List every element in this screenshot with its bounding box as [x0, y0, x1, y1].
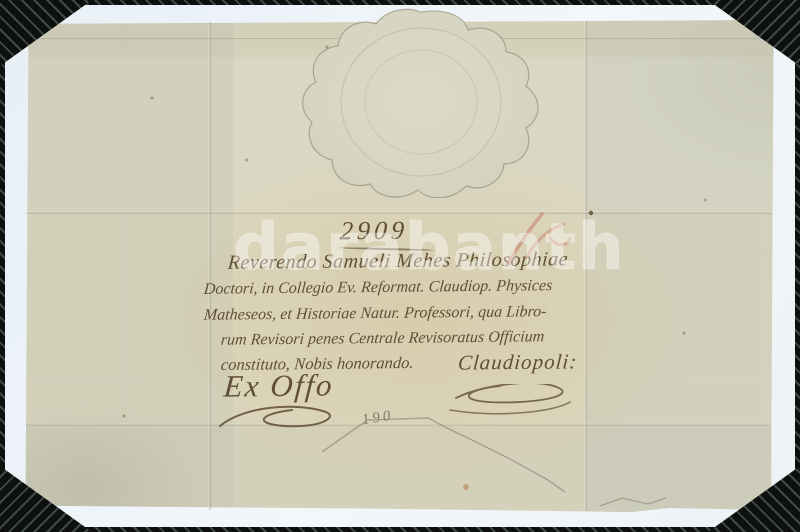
paper-speck	[326, 46, 329, 49]
paper-speck	[151, 97, 154, 100]
frame-edge-top	[0, 0, 800, 5]
frame-edge-left	[0, 0, 5, 532]
paper-speck	[246, 159, 249, 162]
torn-bottom-edge	[600, 498, 666, 506]
paper-speck	[704, 199, 707, 202]
stain-dot	[463, 484, 469, 490]
letter-photograph: 2909 Reverendo Samueli Mehes Philosophia…	[0, 0, 800, 532]
paper-speck	[123, 415, 126, 418]
frame-edge-right	[795, 0, 800, 532]
fold-hole-speck	[589, 211, 593, 215]
flap-crease-line	[322, 418, 565, 492]
paper-speck	[683, 332, 686, 335]
creases-and-stains-overlay	[0, 0, 800, 532]
frame-edge-bottom	[0, 527, 800, 532]
